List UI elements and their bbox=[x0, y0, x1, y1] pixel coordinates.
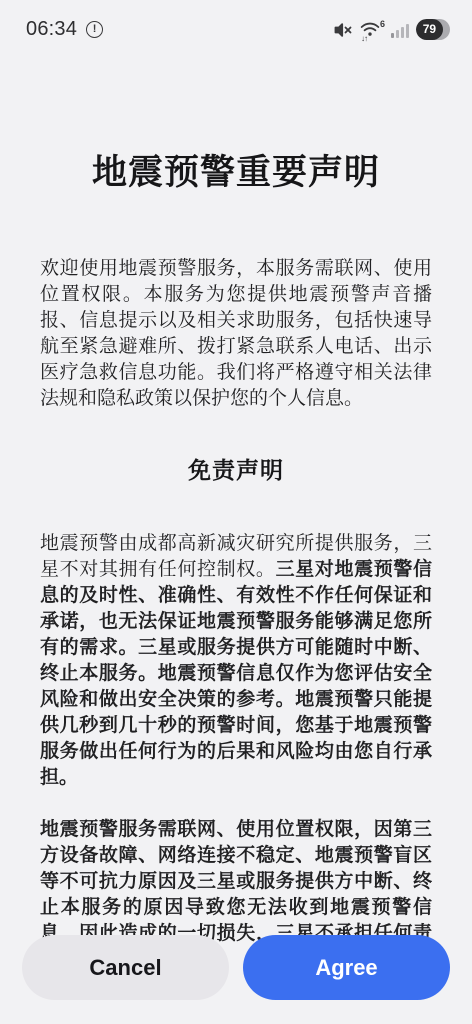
disclaimer-dialog: 地震预警重要声明 欢迎使用地震预警服务，本服务需联网、使用位置权限。本服务为您提… bbox=[0, 150, 472, 973]
cancel-button[interactable]: Cancel bbox=[22, 935, 229, 1000]
status-time: 06:34 bbox=[26, 18, 77, 41]
agree-button[interactable]: Agree bbox=[243, 935, 450, 1000]
wifi-traffic-arrows-icon: ↓↑ bbox=[361, 34, 367, 43]
action-buttons: Cancel Agree bbox=[22, 935, 450, 1000]
wifi-icon: 6 ↓↑ bbox=[360, 20, 384, 40]
wifi-standard-label: 6 bbox=[380, 19, 385, 29]
section-heading: 免责声明 bbox=[40, 452, 432, 485]
disclaimer-paragraph: 地震预警由成都高新减灾研究所提供服务，三星不对其拥有任何控制权。三星对地震预警信… bbox=[40, 531, 432, 791]
battery-indicator: 79 bbox=[416, 19, 450, 40]
alert-circle-icon bbox=[86, 21, 103, 38]
status-bar-right: 6 ↓↑ 79 bbox=[333, 19, 450, 40]
intro-paragraph: 欢迎使用地震预警服务，本服务需联网、使用位置权限。本服务为您提供地震预警声音播报… bbox=[40, 256, 432, 412]
page-title: 地震预警重要声明 bbox=[40, 150, 432, 196]
status-bar: 06:34 6 ↓↑ 79 bbox=[0, 0, 472, 48]
cellular-signal-icon bbox=[391, 24, 409, 40]
mute-icon bbox=[333, 20, 353, 40]
battery-fill: 79 bbox=[416, 19, 443, 40]
disclaimer-bold-text: 三星对地震预警信息的及时性、准确性、有效性不作任何保证和承诺，也无法保证地震预警… bbox=[40, 559, 432, 788]
status-bar-left: 06:34 bbox=[26, 18, 103, 41]
